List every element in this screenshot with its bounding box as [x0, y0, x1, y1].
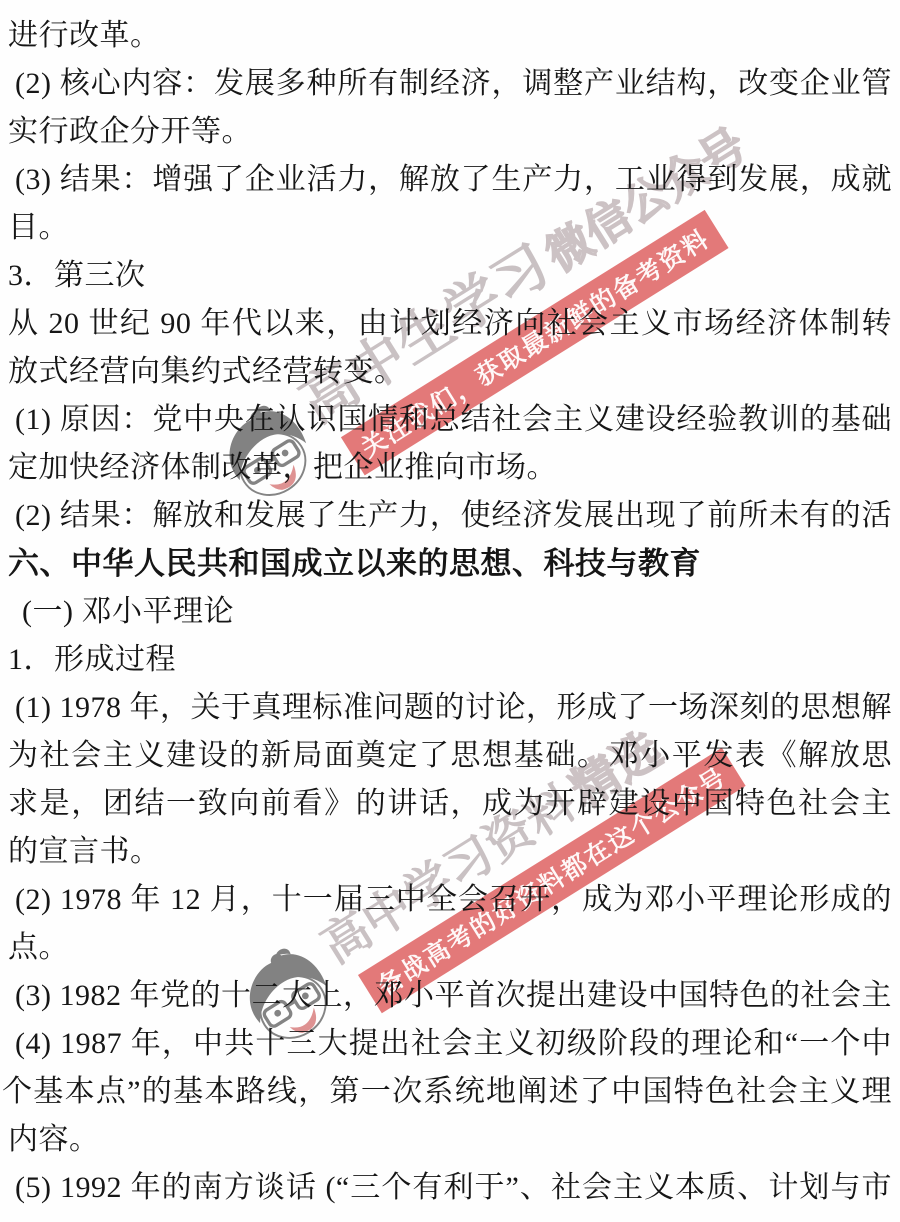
text-line: 进行改革。 [8, 12, 892, 60]
text-line: 从 20 世纪 90 年代以来，由计划经济向社会主义市场经济体制转变，由粗 [8, 300, 892, 348]
text-line: 个基本点”的基本路线，第一次系统地阐述了中国特色社会主义理论的主要 [2, 1068, 892, 1116]
text-line: (1) 原因：党中央在认识国情和总结社会主义建设经验教训的基础上，决 [15, 396, 892, 444]
document-text: 进行改革。 (2) 核心内容：发展多种所有制经济，调整产业结构，改变企业管理方式… [0, 0, 900, 1222]
text-line: 内容。 [8, 1116, 892, 1164]
text-line: (1) 1978 年，关于真理标准问题的讨论，形成了一场深刻的思想解放运动， [15, 684, 892, 732]
text-line: (一) 邓小平理论 [22, 588, 892, 636]
section-heading: 六、中华人民共和国成立以来的思想、科技与教育 [8, 540, 892, 588]
text-line: 目。 [8, 204, 892, 252]
document-page: { "page": { "background": "#fefefe", "in… [0, 0, 900, 1222]
text-line: (4) 1987 年，中共十三大提出社会主义初级阶段的理论和“一个中心，两 [15, 1020, 892, 1068]
text-line: 的宣言书。 [8, 828, 892, 876]
text-line: (2) 1978 年 12 月，十一届三中全会召开，成为邓小平理论形成的伟大起 [15, 876, 892, 924]
text-line: 定加快经济体制改革，把企业推向市场。 [8, 444, 892, 492]
text-line: 求是，团结一致向前看》的讲话，成为开辟建设中国特色社会主义新道路 [8, 780, 892, 828]
text-line: 3．第三次 [8, 252, 892, 300]
text-line: (2) 核心内容：发展多种所有制经济，调整产业结构，改变企业管理方式， [15, 60, 892, 108]
text-line: (3) 结果：增强了企业活力，解放了生产力，工业得到发展，成就举世瞩 [15, 156, 892, 204]
text-line: (2) 结果：解放和发展了生产力，使经济发展出现了前所未有的活跃局面。 [15, 492, 892, 540]
text-line: 1．形成过程 [8, 636, 892, 684]
text-line: 点。 [8, 924, 892, 972]
text-line: (3) 1982 年党的十二大上，邓小平首次提出建设中国特色的社会主义理论。 [15, 972, 892, 1020]
text-line: 实行政企分开等。 [8, 108, 892, 156]
text-line: (5) 1992 年的南方谈话 (“三个有利于”、社会主义本质、计划与市场的关 [15, 1164, 892, 1212]
text-line: 放式经营向集约式经营转变。 [8, 348, 892, 396]
text-line: 为社会主义建设的新局面奠定了思想基础。邓小平发表《解放思想，实事 [8, 732, 892, 780]
